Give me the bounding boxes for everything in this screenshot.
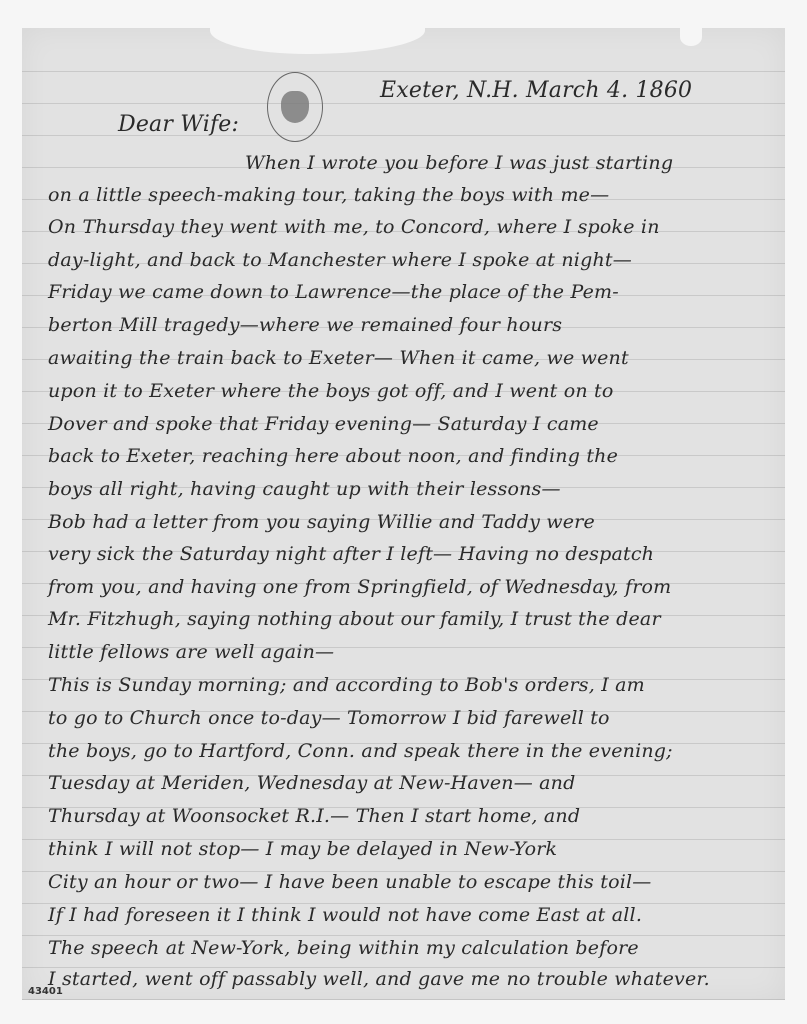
letter-line: the boys, go to Hartford, Conn. and spea…: [48, 740, 777, 762]
letter-line: Bob had a letter from you saying Willie …: [48, 511, 777, 533]
letter-line: upon it to Exeter where the boys got off…: [48, 380, 777, 402]
letter-line: awaiting the train back to Exeter— When …: [48, 347, 777, 369]
torn-edge-small: [680, 28, 702, 46]
letter-line: boys all right, having caught up with th…: [48, 478, 777, 500]
letter-line: berton Mill tragedy—where we remained fo…: [48, 314, 777, 336]
salutation: Dear Wife:: [118, 112, 777, 137]
letter-line: from you, and having one from Springfiel…: [48, 576, 777, 598]
letter-line: to go to Church once to-day— Tomorrow I …: [48, 707, 777, 729]
letter-line: on a little speech-making tour, taking t…: [48, 184, 777, 206]
dateline: Exeter, N.H. March 4. 1860: [380, 78, 777, 103]
letter-line: If I had foreseen it I think I would not…: [48, 904, 777, 926]
letter-line: Friday we came down to Lawrence—the plac…: [48, 281, 777, 303]
letter-line: think I will not stop— I may be delayed …: [48, 838, 777, 860]
letter-line: Dover and spoke that Friday evening— Sat…: [48, 413, 777, 435]
letter-line: This is Sunday morning; and according to…: [48, 674, 777, 696]
letter-line: The speech at New-York, being within my …: [48, 937, 777, 959]
letter-line: Mr. Fitzhugh, saying nothing about our f…: [48, 608, 777, 630]
letter-line: When I wrote you before I was just start…: [245, 152, 777, 174]
letter-line: City an hour or two— I have been unable …: [48, 871, 777, 893]
letter-line: little fellows are well again—: [48, 641, 777, 663]
letter-line: very sick the Saturday night after I lef…: [48, 543, 777, 565]
letter-line: Thursday at Woonsocket R.I.— Then I star…: [48, 805, 777, 827]
letter-line: day-light, and back to Manchester where …: [48, 249, 777, 271]
letter-line: back to Exeter, reaching here about noon…: [48, 445, 777, 467]
archive-number: 43401: [28, 986, 63, 997]
letter-line: Tuesday at Meriden, Wednesday at New-Hav…: [48, 772, 777, 794]
letter-line: On Thursday they went with me, to Concor…: [48, 216, 777, 238]
letter-line: I started, went off passably well, and g…: [48, 968, 777, 990]
